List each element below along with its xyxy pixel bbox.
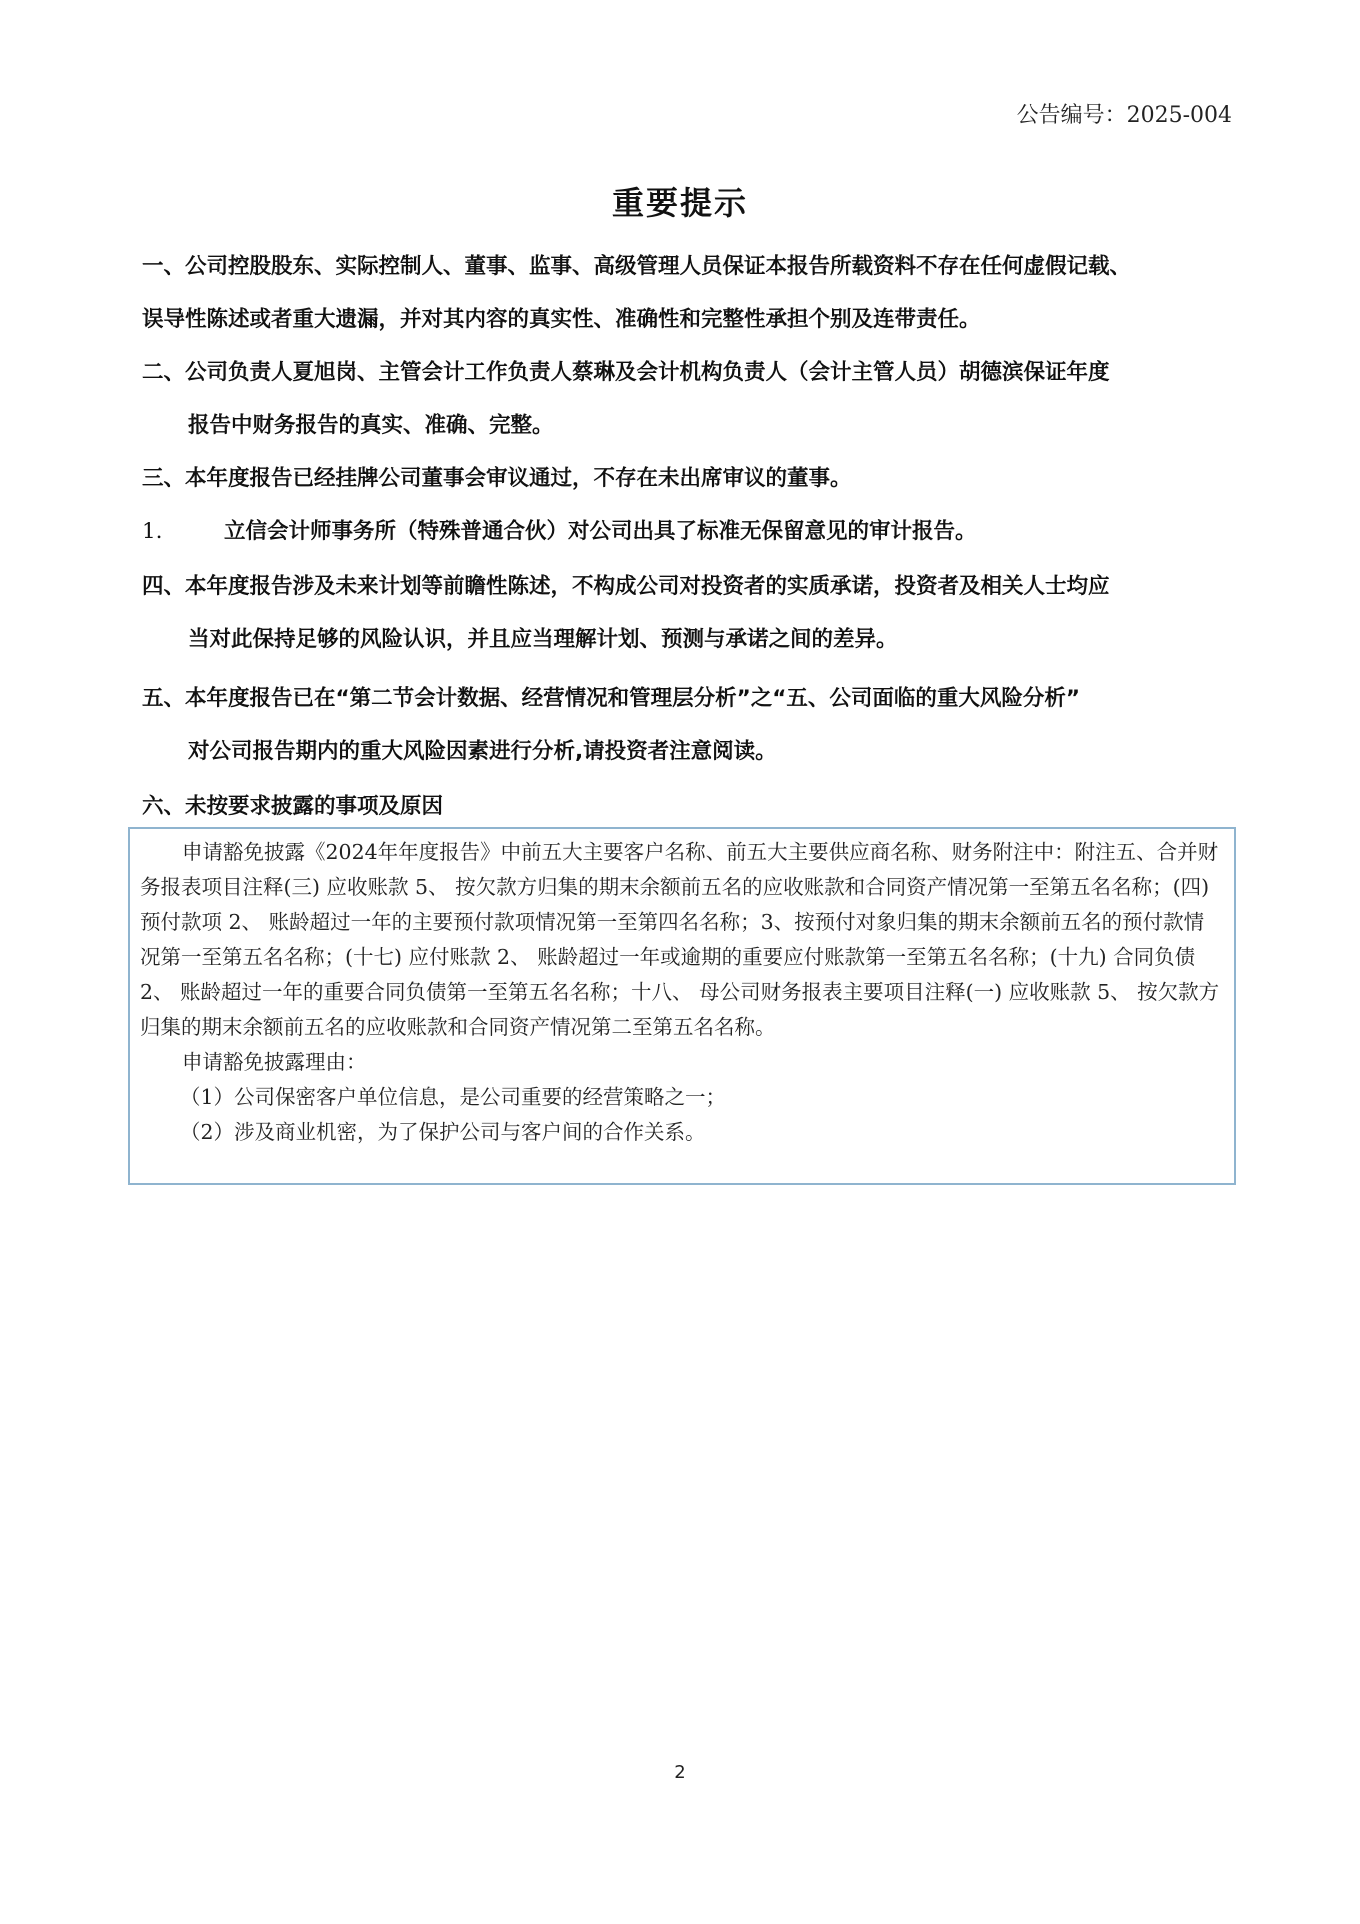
exemption-reason-1: （1）公司保密客户单位信息，是公司重要的经营策略之一；: [140, 1080, 1224, 1115]
notice-item-2: 二、公司负责人夏旭岗、主管会计工作负责人蔡琳及会计机构负责人（会计主管人员）胡德…: [142, 346, 1247, 452]
notice-item-5-line2: 对公司报告期内的重大风险因素进行分析,请投资者注意阅读。: [142, 725, 1247, 778]
notice-item-5: 五、本年度报告已在“第二节会计数据、经营情况和管理层分析”之“五、公司面临的重大…: [142, 672, 1247, 778]
exemption-paragraph: 申请豁免披露《2024年年度报告》中前五大主要客户名称、前五大主要供应商名称、财…: [140, 835, 1224, 1045]
notice-item-6-line1: 六、未按要求披露的事项及原因: [142, 794, 443, 819]
disclosure-exemption-box: 申请豁免披露《2024年年度报告》中前五大主要客户名称、前五大主要供应商名称、财…: [128, 827, 1236, 1185]
announcement-number: 公告编号：2025-004: [1017, 98, 1232, 129]
notice-item-4-line2: 当对此保持足够的风险认识，并且应当理解计划、预测与承诺之间的差异。: [142, 613, 1247, 666]
notice-item-2-line2: 报告中财务报告的真实、准确、完整。: [142, 399, 1247, 452]
notice-item-4: 四、本年度报告涉及未来计划等前瞻性陈述，不构成公司对投资者的实质承诺，投资者及相…: [142, 560, 1247, 666]
notice-item-1-line1: 一、公司控股股东、实际控制人、董事、监事、高级管理人员保证本报告所载资料不存在任…: [142, 254, 1131, 279]
notice-item-3: 三、本年度报告已经挂牌公司董事会审议通过，不存在未出席审议的董事。: [142, 452, 1247, 505]
notice-item-5-line1: 五、本年度报告已在“第二节会计数据、经营情况和管理层分析”之“五、公司面临的重大…: [142, 686, 1080, 711]
page-title: 重要提示: [0, 178, 1360, 224]
numbered-item-1: 1.立信会计师事务所（特殊普通合伙）对公司出具了标准无保留意见的审计报告。: [142, 505, 977, 558]
notice-item-2-line1: 二、公司负责人夏旭岗、主管会计工作负责人蔡琳及会计机构负责人（会计主管人员）胡德…: [142, 360, 1110, 385]
notice-item-4-line1: 四、本年度报告涉及未来计划等前瞻性陈述，不构成公司对投资者的实质承诺，投资者及相…: [142, 574, 1110, 599]
notice-item-1-line2: 误导性陈述或者重大遗漏，并对其内容的真实性、准确性和完整性承担个别及连带责任。: [142, 307, 981, 332]
page-number: 2: [0, 1762, 1360, 1783]
numbered-item-text: 立信会计师事务所（特殊普通合伙）对公司出具了标准无保留意见的审计报告。: [224, 519, 977, 544]
notice-item-1: 一、公司控股股东、实际控制人、董事、监事、高级管理人员保证本报告所载资料不存在任…: [142, 240, 1247, 346]
notice-item-6: 六、未按要求披露的事项及原因: [142, 780, 1247, 833]
notice-item-3-line1: 三、本年度报告已经挂牌公司董事会审议通过，不存在未出席审议的董事。: [142, 466, 852, 491]
exemption-reason-heading: 申请豁免披露理由：: [140, 1045, 1224, 1080]
exemption-reason-2: （2）涉及商业机密，为了保护公司与客户间的合作关系。: [140, 1115, 1224, 1150]
numbered-item-number: 1.: [142, 505, 224, 558]
